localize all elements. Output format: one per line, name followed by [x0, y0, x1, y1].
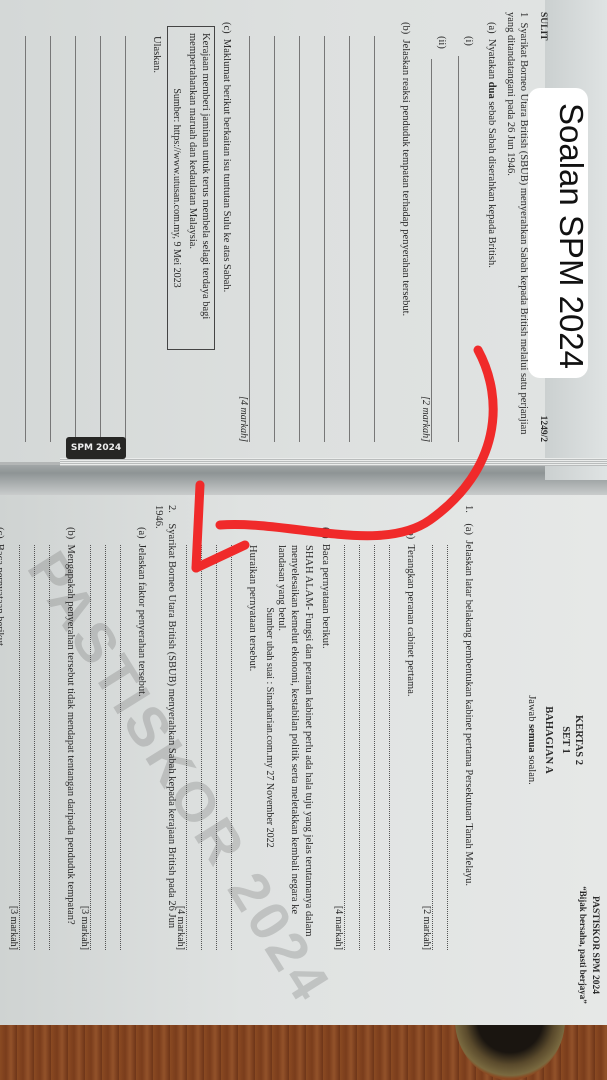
red-arrow-icon [0, 0, 607, 1080]
